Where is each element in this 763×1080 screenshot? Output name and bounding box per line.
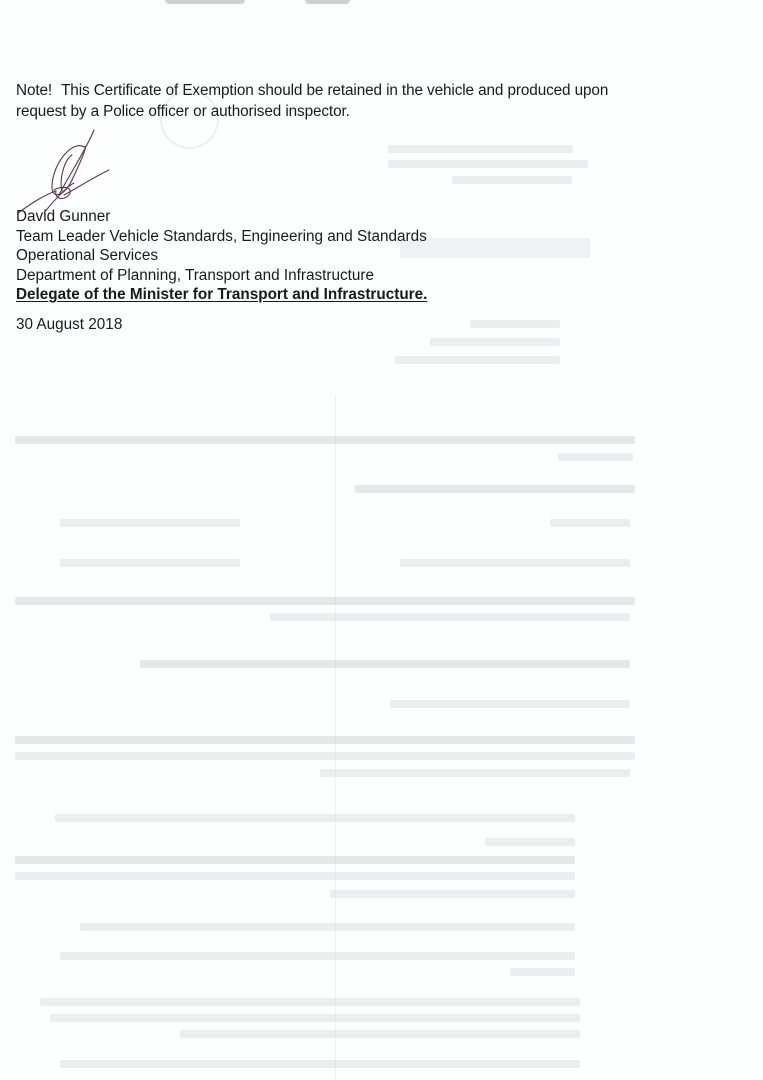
scanned-page: Note!This Certificate of Exemption shoul… <box>0 0 763 1080</box>
signatory-department: Department of Planning, Transport and In… <box>16 266 427 286</box>
signatory-name: David Gunner <box>16 207 427 227</box>
signatory-title: Team Leader Vehicle Standards, Engineeri… <box>16 227 427 247</box>
signatory-delegate: Delegate of the Minister for Transport a… <box>16 285 427 305</box>
note-label: Note! <box>16 82 52 99</box>
note-text: This Certificate of Exemption should be … <box>16 82 608 120</box>
signatory-unit: Operational Services <box>16 246 427 266</box>
signatory-block: David Gunner Team Leader Vehicle Standar… <box>16 207 427 305</box>
scan-edge-shadow <box>165 0 245 4</box>
retention-note: Note!This Certificate of Exemption shoul… <box>16 80 656 122</box>
handwritten-signature-icon <box>14 125 114 215</box>
scan-edge-shadow <box>305 0 350 4</box>
signed-date: 30 August 2018 <box>16 316 122 334</box>
